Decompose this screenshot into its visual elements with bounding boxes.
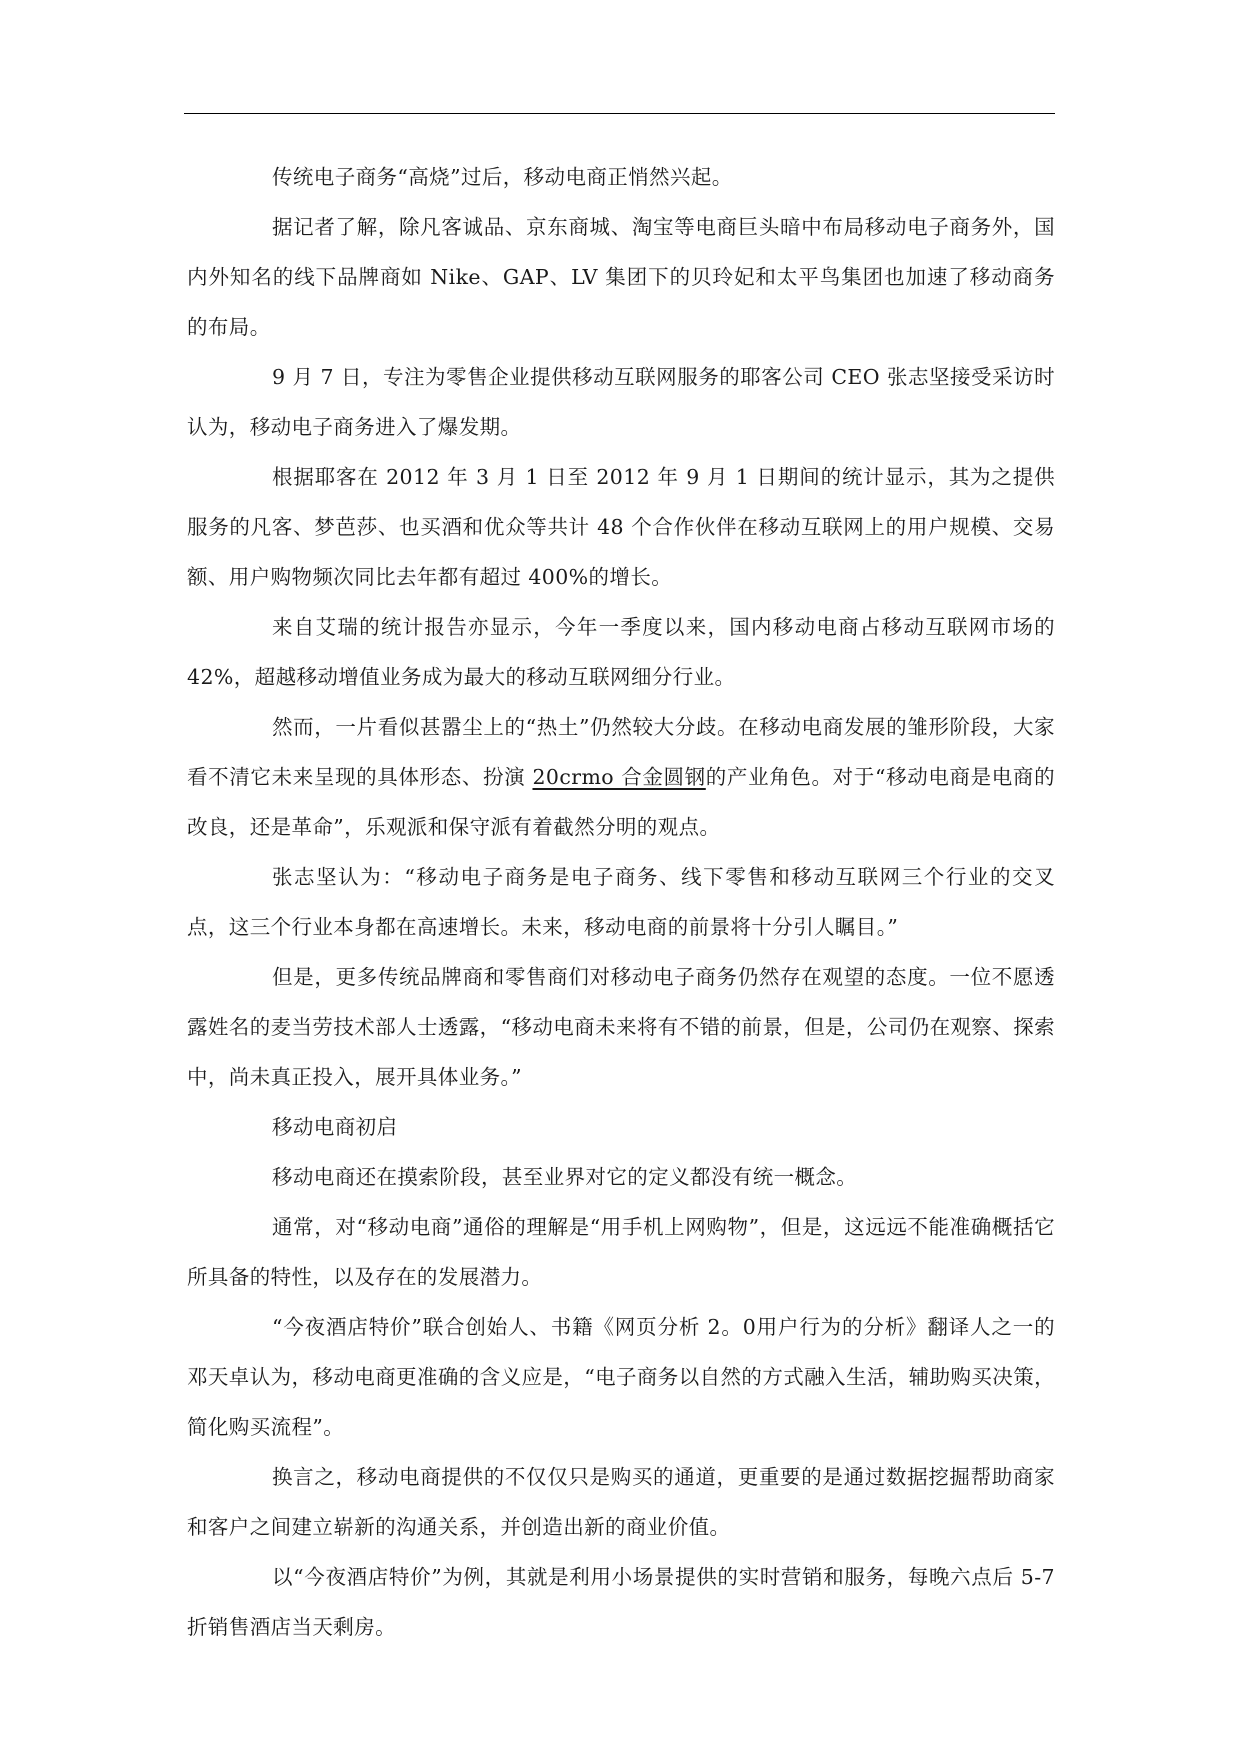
- paragraph-deng-tianzhuo: “今夜酒店特价”联合创始人、书籍《网页分析 2。0用户行为的分析》翻译人之一的邓…: [187, 1302, 1055, 1452]
- header-rule: [184, 113, 1055, 114]
- paragraph-ceo-interview: 9 月 7 日，专注为零售企业提供移动互联网服务的耶客公司 CEO 张志坚接受采…: [187, 352, 1055, 452]
- paragraph-statistics: 根据耶客在 2012 年 3 月 1 日至 2012 年 9 月 1 日期间的统…: [187, 452, 1055, 602]
- paragraph-iresearch: 来自艾瑞的统计报告亦显示，今年一季度以来，国内移动电商占移动互联网市场的 42%…: [187, 602, 1055, 702]
- paragraph-definition: 通常，对“移动电商”通俗的理解是“用手机上网购物”，但是，这远远不能准确概括它所…: [187, 1202, 1055, 1302]
- section-heading: 移动电商初启: [187, 1102, 1055, 1152]
- paragraph-value: 换言之，移动电商提供的不仅仅只是购买的通道，更重要的是通过数据挖掘帮助商家和客户…: [187, 1452, 1055, 1552]
- inline-link-20crmo[interactable]: 20crmo 合金圆钢: [532, 765, 705, 789]
- paragraph-divergence: 然而，一片看似甚嚣尘上的“热土”仍然较大分歧。在移动电商发展的雏形阶段，大家看不…: [187, 702, 1055, 852]
- paragraph-brands: 据记者了解，除凡客诚品、京东商城、淘宝等电商巨头暗中布局移动电子商务外，国内外知…: [187, 202, 1055, 352]
- paragraph-mcdonalds: 但是，更多传统品牌商和零售商们对移动电子商务仍然存在观望的态度。一位不愿透露姓名…: [187, 952, 1055, 1102]
- document-body: 传统电子商务“高烧”过后，移动电商正悄然兴起。 据记者了解，除凡客诚品、京东商城…: [187, 152, 1055, 1652]
- paragraph-exploration: 移动电商还在摸索阶段，甚至业界对它的定义都没有统一概念。: [187, 1152, 1055, 1202]
- paragraph-intro: 传统电子商务“高烧”过后，移动电商正悄然兴起。: [187, 152, 1055, 202]
- paragraph-quote-zhang: 张志坚认为：“移动电子商务是电子商务、线下零售和移动互联网三个行业的交叉点，这三…: [187, 852, 1055, 952]
- paragraph-example: 以“今夜酒店特价”为例，其就是利用小场景提供的实时营销和服务，每晚六点后 5-7…: [187, 1552, 1055, 1652]
